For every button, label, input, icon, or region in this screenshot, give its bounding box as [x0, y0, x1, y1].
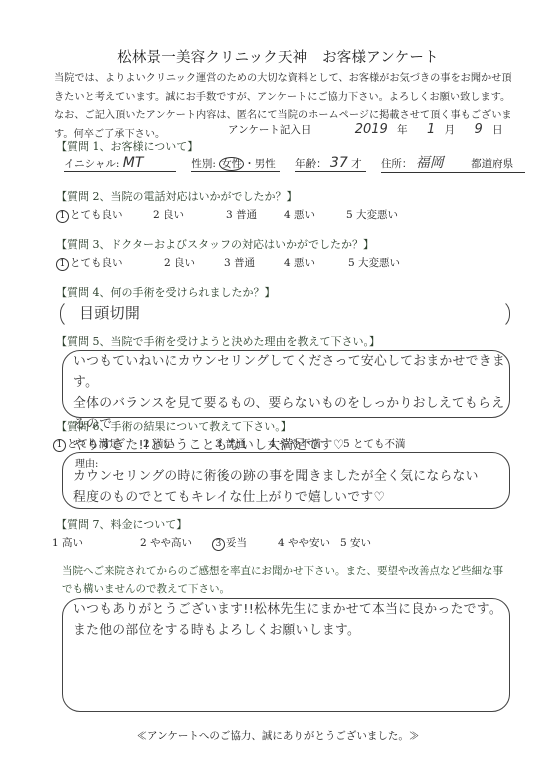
initial-value: MT — [123, 155, 144, 171]
q6-option-2: 2 満足 — [143, 436, 174, 451]
footer-thanks: ≪アンケートへのご協力、誠にありがとうございました。≫ — [0, 728, 556, 743]
age-field: 年齢： 37 才 — [295, 155, 366, 172]
q2-heading: 【質問 2、当院の電話対応はいかがでしたか？】 — [56, 188, 298, 204]
address-field: 住所： 福岡 都道府県 — [381, 152, 525, 173]
q3-heading: 【質問 3、ドクターおよびスタッフの対応はいかがでしたか？】 — [56, 236, 374, 252]
q4-heading: 【質問 4、何の手術を受けられましたか？】 — [56, 284, 276, 300]
q4-answer: 目頭切開 — [79, 303, 140, 324]
q7-options: 1 高い 2 やや高い 3妥当 4 やや安い 5 安い — [52, 535, 512, 551]
date-year: 2019 — [355, 122, 388, 137]
gender-separator: ・ — [244, 158, 255, 170]
age-label: 年齢： — [295, 158, 327, 170]
day-unit: 日 — [492, 124, 503, 136]
survey-title: 松林景一美容クリニック天神 お客様アンケート — [0, 46, 556, 67]
selected-circle: 1 — [56, 210, 69, 223]
q6-reason-box: 理由: カウンセリングの時に術後の跡の事を聞きましたが全く気にならない 程度のも… — [62, 452, 510, 509]
initial-field: イニシャル: MT — [64, 155, 176, 172]
q6-heading: 【質問 6、手術の結果について教えて下さい。】 — [56, 418, 292, 434]
gender-option-female: 女性 — [219, 157, 244, 171]
q5-answer-box: いつもていねいにカウンセリングしてくださって安心しておまかせできます。 全体のバ… — [62, 350, 510, 418]
feedback-answer-box: いつもありがとうございます!!松林先生にまかせて本当に良かったです。 また他の部… — [62, 598, 510, 712]
date-day: 9 — [474, 122, 482, 137]
q3-option-2: 2 良い — [164, 255, 195, 270]
initial-label: イニシャル: — [64, 158, 119, 170]
q7-option-3: 3妥当 — [212, 535, 247, 551]
q3-options: 1とても良い 2 良い 3 普通 4 悪い 5 大変悪い — [56, 255, 516, 271]
q7-option-1: 1 高い — [52, 535, 83, 550]
date-label: アンケート記入日 — [228, 124, 311, 136]
q2-options: 1とても良い 2 良い 3 普通 4 悪い 5 大変悪い — [56, 207, 516, 223]
q2-option-5: 5 大変悪い — [346, 207, 398, 222]
q6-option-4: 4 やや不満 — [269, 436, 321, 451]
gender-label: 性別: — [191, 158, 216, 170]
feedback-answer: いつもありがとうございます!!松林先生にまかせて本当に良かったです。 また他の部… — [73, 599, 502, 641]
q7-heading: 【質問 7、料金について】 — [56, 516, 187, 532]
age-value: 37 — [330, 155, 348, 171]
q2-option-3: 3 普通 — [226, 207, 257, 222]
gender-option-male: 男性 — [255, 158, 276, 170]
q5-heading: 【質問 5、当院で手術を受けようと決めた理由を教えて下さい。】 — [56, 333, 380, 349]
q6-option-3: 3 普通 — [215, 436, 246, 451]
selected-circle: 1 — [53, 439, 66, 452]
selected-circle: 3 — [212, 538, 225, 551]
q3-option-4: 4 悪い — [284, 255, 315, 270]
q1-customer-info: イニシャル: MT 性別: 女性・男性 年齢： 37 才 住所： 福岡 都道府県 — [64, 152, 537, 173]
q3-option-5: 5 大変悪い — [348, 255, 400, 270]
address-label: 住所： — [381, 158, 413, 170]
q2-option-1: 1とても良い — [56, 207, 123, 223]
q7-option-2: 2 やや高い — [140, 535, 192, 550]
q6-options: 1とても満足 2 満足 3 普通 4 やや不満 5 とても不満 — [53, 436, 513, 452]
prefecture-suffix: 都道府県 — [471, 158, 513, 170]
month-unit: 月 — [445, 124, 456, 136]
q7-option-4: 4 やや安い — [278, 535, 330, 550]
date-month: 1 — [427, 122, 435, 137]
address-value: 福岡 — [416, 155, 444, 171]
survey-date: アンケート記入日 2019 年 1 月 9 日 — [228, 122, 519, 137]
age-unit: 才 — [351, 158, 362, 170]
q4-answer-box: 目頭切開 — [60, 299, 510, 329]
q6-reason: カウンセリングの時に術後の跡の事を聞きましたが全く気にならない 程度のものでとて… — [73, 466, 479, 508]
feedback-prompt: 当院へご来院されてからのご感想を率直にお聞かせ下さい。また、要望や改善点など些細… — [62, 562, 512, 598]
q2-option-4: 4 悪い — [284, 207, 315, 222]
q6-option-5: 5 とても不満 — [343, 436, 406, 451]
q3-option-3: 3 普通 — [224, 255, 255, 270]
q7-option-5: 5 安い — [340, 535, 371, 550]
selected-circle: 1 — [56, 258, 69, 271]
year-unit: 年 — [397, 124, 408, 136]
gender-field: 性別: 女性・男性 — [191, 156, 279, 172]
q6-option-1: 1とても満足 — [53, 436, 120, 452]
q3-option-1: 1とても良い — [56, 255, 123, 271]
q2-option-2: 2 良い — [153, 207, 184, 222]
